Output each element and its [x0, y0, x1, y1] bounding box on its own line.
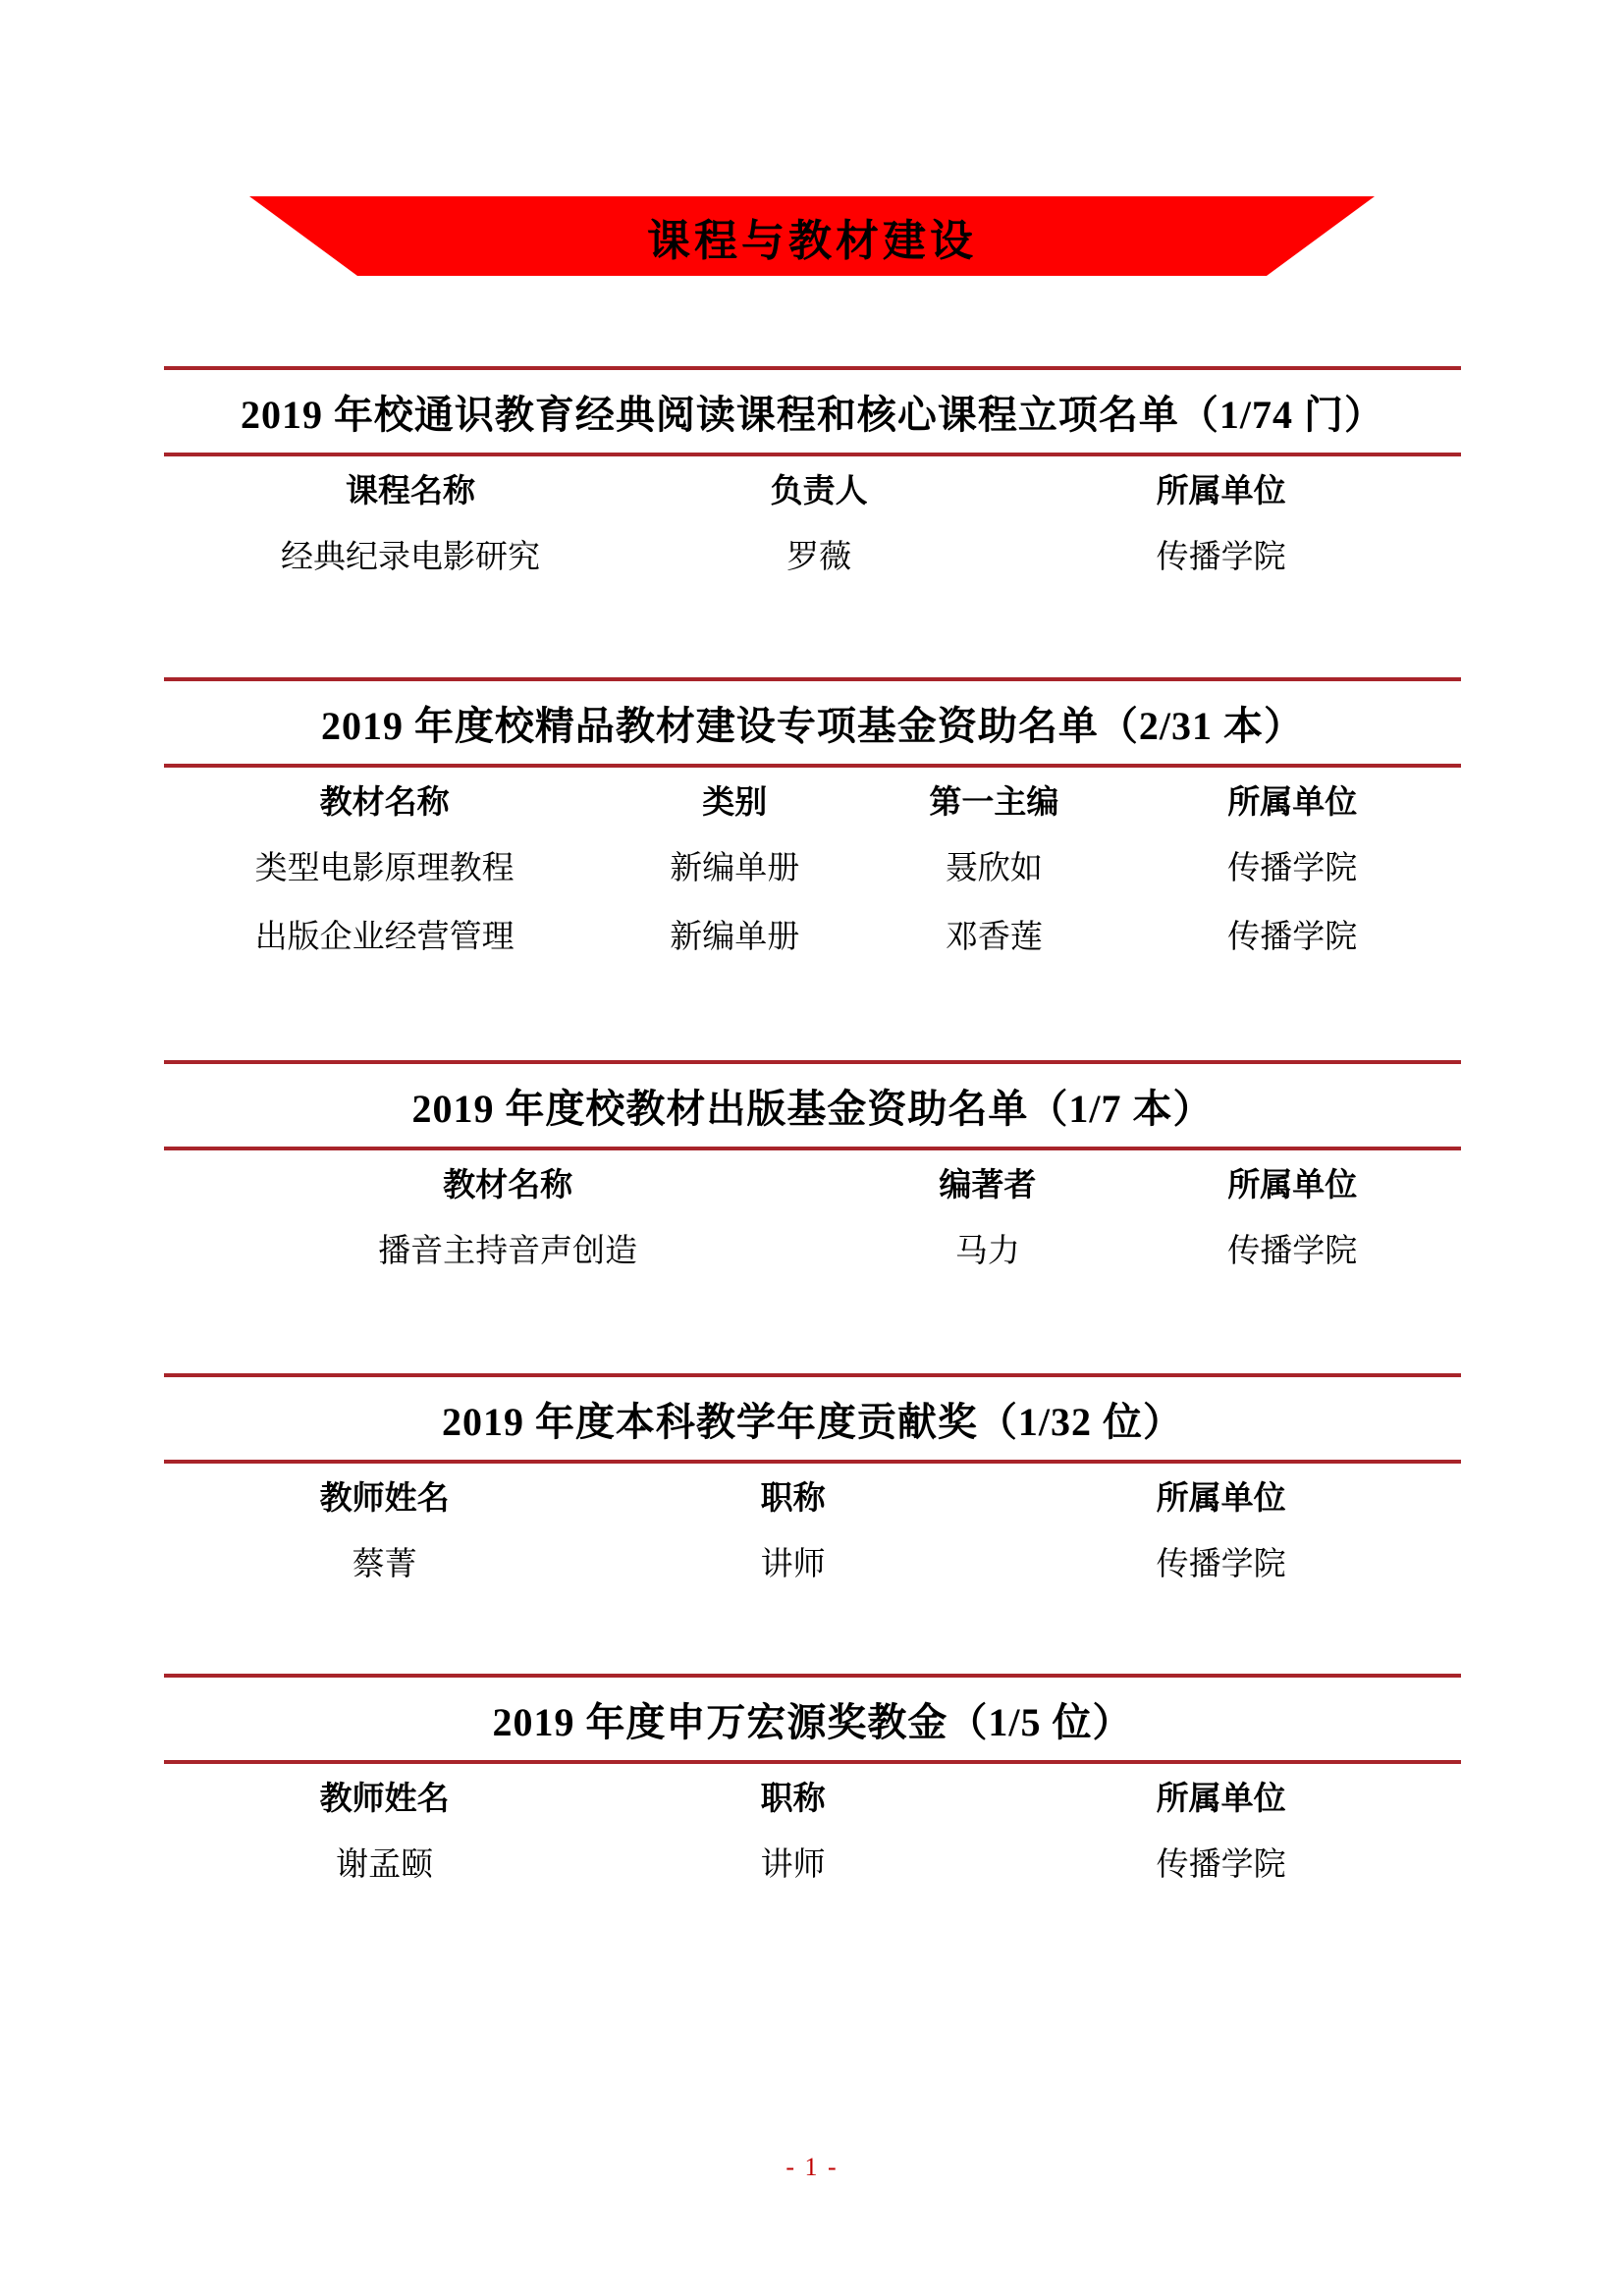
section-swhy-award: 2019 年度申万宏源奖教金（1/5 位） 教师姓名 职称 所属单位 谢孟颐 讲… [164, 1674, 1461, 1896]
table-cell: 播音主持音声创造 [164, 1213, 851, 1282]
table-cell: 传播学院 [1124, 899, 1461, 968]
table-cell: 出版企业经营管理 [164, 899, 605, 968]
banner-ribbon: 课程与教材建设 [249, 196, 1375, 276]
table-cell: 邓香莲 [864, 899, 1123, 968]
column-header: 所属单位 [981, 1764, 1461, 1827]
section-textbook-publish: 2019 年度校教材出版基金资助名单（1/7 本） 教材名称 编著者 所属单位 … [164, 1060, 1461, 1282]
column-header: 所属单位 [1124, 768, 1461, 830]
table-cell: 马力 [851, 1213, 1123, 1282]
section-title: 2019 年校通识教育经典阅读课程和核心课程立项名单（1/74 门） [164, 370, 1461, 453]
table-cell: 传播学院 [981, 519, 1461, 588]
column-header: 职称 [605, 1764, 981, 1827]
table-cell: 传播学院 [981, 1827, 1461, 1896]
column-header: 所属单位 [981, 456, 1461, 519]
table-cell: 聂欣如 [864, 830, 1123, 899]
section-textbook-fund: 2019 年度校精品教材建设专项基金资助名单（2/31 本） 教材名称 类别 第… [164, 677, 1461, 968]
table-cell: 传播学院 [1124, 830, 1461, 899]
table-cell: 类型电影原理教程 [164, 830, 605, 899]
table-cell: 罗薇 [657, 519, 981, 588]
table-cell: 新编单册 [605, 830, 864, 899]
table-row: 类型电影原理教程 新编单册 聂欣如 传播学院 [164, 830, 1461, 899]
table-header-row: 教材名称 类别 第一主编 所属单位 [164, 768, 1461, 830]
table-cell: 谢孟颐 [164, 1827, 605, 1896]
table-cell: 经典纪录电影研究 [164, 519, 657, 588]
table-row: 播音主持音声创造 马力 传播学院 [164, 1213, 1461, 1282]
page-number: - 1 - [0, 2153, 1624, 2182]
banner-title: 课程与教材建设 [249, 196, 1375, 276]
table-cell: 讲师 [605, 1526, 981, 1595]
table-cell: 新编单册 [605, 899, 864, 968]
document-page: 课程与教材建设 2019 年校通识教育经典阅读课程和核心课程立项名单（1/74 … [0, 0, 1624, 2296]
course-table: 课程名称 负责人 所属单位 经典纪录电影研究 罗薇 传播学院 [164, 456, 1461, 588]
column-header: 编著者 [851, 1150, 1123, 1213]
table-cell: 传播学院 [981, 1526, 1461, 1595]
column-header: 教材名称 [164, 1150, 851, 1213]
table-row: 经典纪录电影研究 罗薇 传播学院 [164, 519, 1461, 588]
column-header: 负责人 [657, 456, 981, 519]
table-row: 谢孟颐 讲师 传播学院 [164, 1827, 1461, 1896]
table-cell: 讲师 [605, 1827, 981, 1896]
table-cell: 传播学院 [1124, 1213, 1461, 1282]
column-header: 所属单位 [1124, 1150, 1461, 1213]
column-header: 教师姓名 [164, 1464, 605, 1526]
table-header-row: 教材名称 编著者 所属单位 [164, 1150, 1461, 1213]
column-header: 课程名称 [164, 456, 657, 519]
section-course-projects: 2019 年校通识教育经典阅读课程和核心课程立项名单（1/74 门） 课程名称 … [164, 366, 1461, 588]
swhy-award-table: 教师姓名 职称 所属单位 谢孟颐 讲师 传播学院 [164, 1764, 1461, 1896]
table-row: 蔡菁 讲师 传播学院 [164, 1526, 1461, 1595]
teaching-award-table: 教师姓名 职称 所属单位 蔡菁 讲师 传播学院 [164, 1464, 1461, 1595]
column-header: 职称 [605, 1464, 981, 1526]
table-row: 出版企业经营管理 新编单册 邓香莲 传播学院 [164, 899, 1461, 968]
column-header: 教材名称 [164, 768, 605, 830]
section-title: 2019 年度校教材出版基金资助名单（1/7 本） [164, 1064, 1461, 1147]
table-header-row: 教师姓名 职称 所属单位 [164, 1764, 1461, 1827]
section-title: 2019 年度本科教学年度贡献奖（1/32 位） [164, 1377, 1461, 1460]
column-header: 类别 [605, 768, 864, 830]
section-teaching-award: 2019 年度本科教学年度贡献奖（1/32 位） 教师姓名 职称 所属单位 蔡菁… [164, 1373, 1461, 1595]
textbook-fund-table: 教材名称 类别 第一主编 所属单位 类型电影原理教程 新编单册 聂欣如 传播学院… [164, 768, 1461, 968]
column-header: 所属单位 [981, 1464, 1461, 1526]
section-title: 2019 年度校精品教材建设专项基金资助名单（2/31 本） [164, 681, 1461, 764]
column-header: 教师姓名 [164, 1764, 605, 1827]
column-header: 第一主编 [864, 768, 1123, 830]
section-title: 2019 年度申万宏源奖教金（1/5 位） [164, 1678, 1461, 1760]
table-header-row: 教师姓名 职称 所属单位 [164, 1464, 1461, 1526]
table-header-row: 课程名称 负责人 所属单位 [164, 456, 1461, 519]
table-cell: 蔡菁 [164, 1526, 605, 1595]
textbook-publish-table: 教材名称 编著者 所属单位 播音主持音声创造 马力 传播学院 [164, 1150, 1461, 1282]
